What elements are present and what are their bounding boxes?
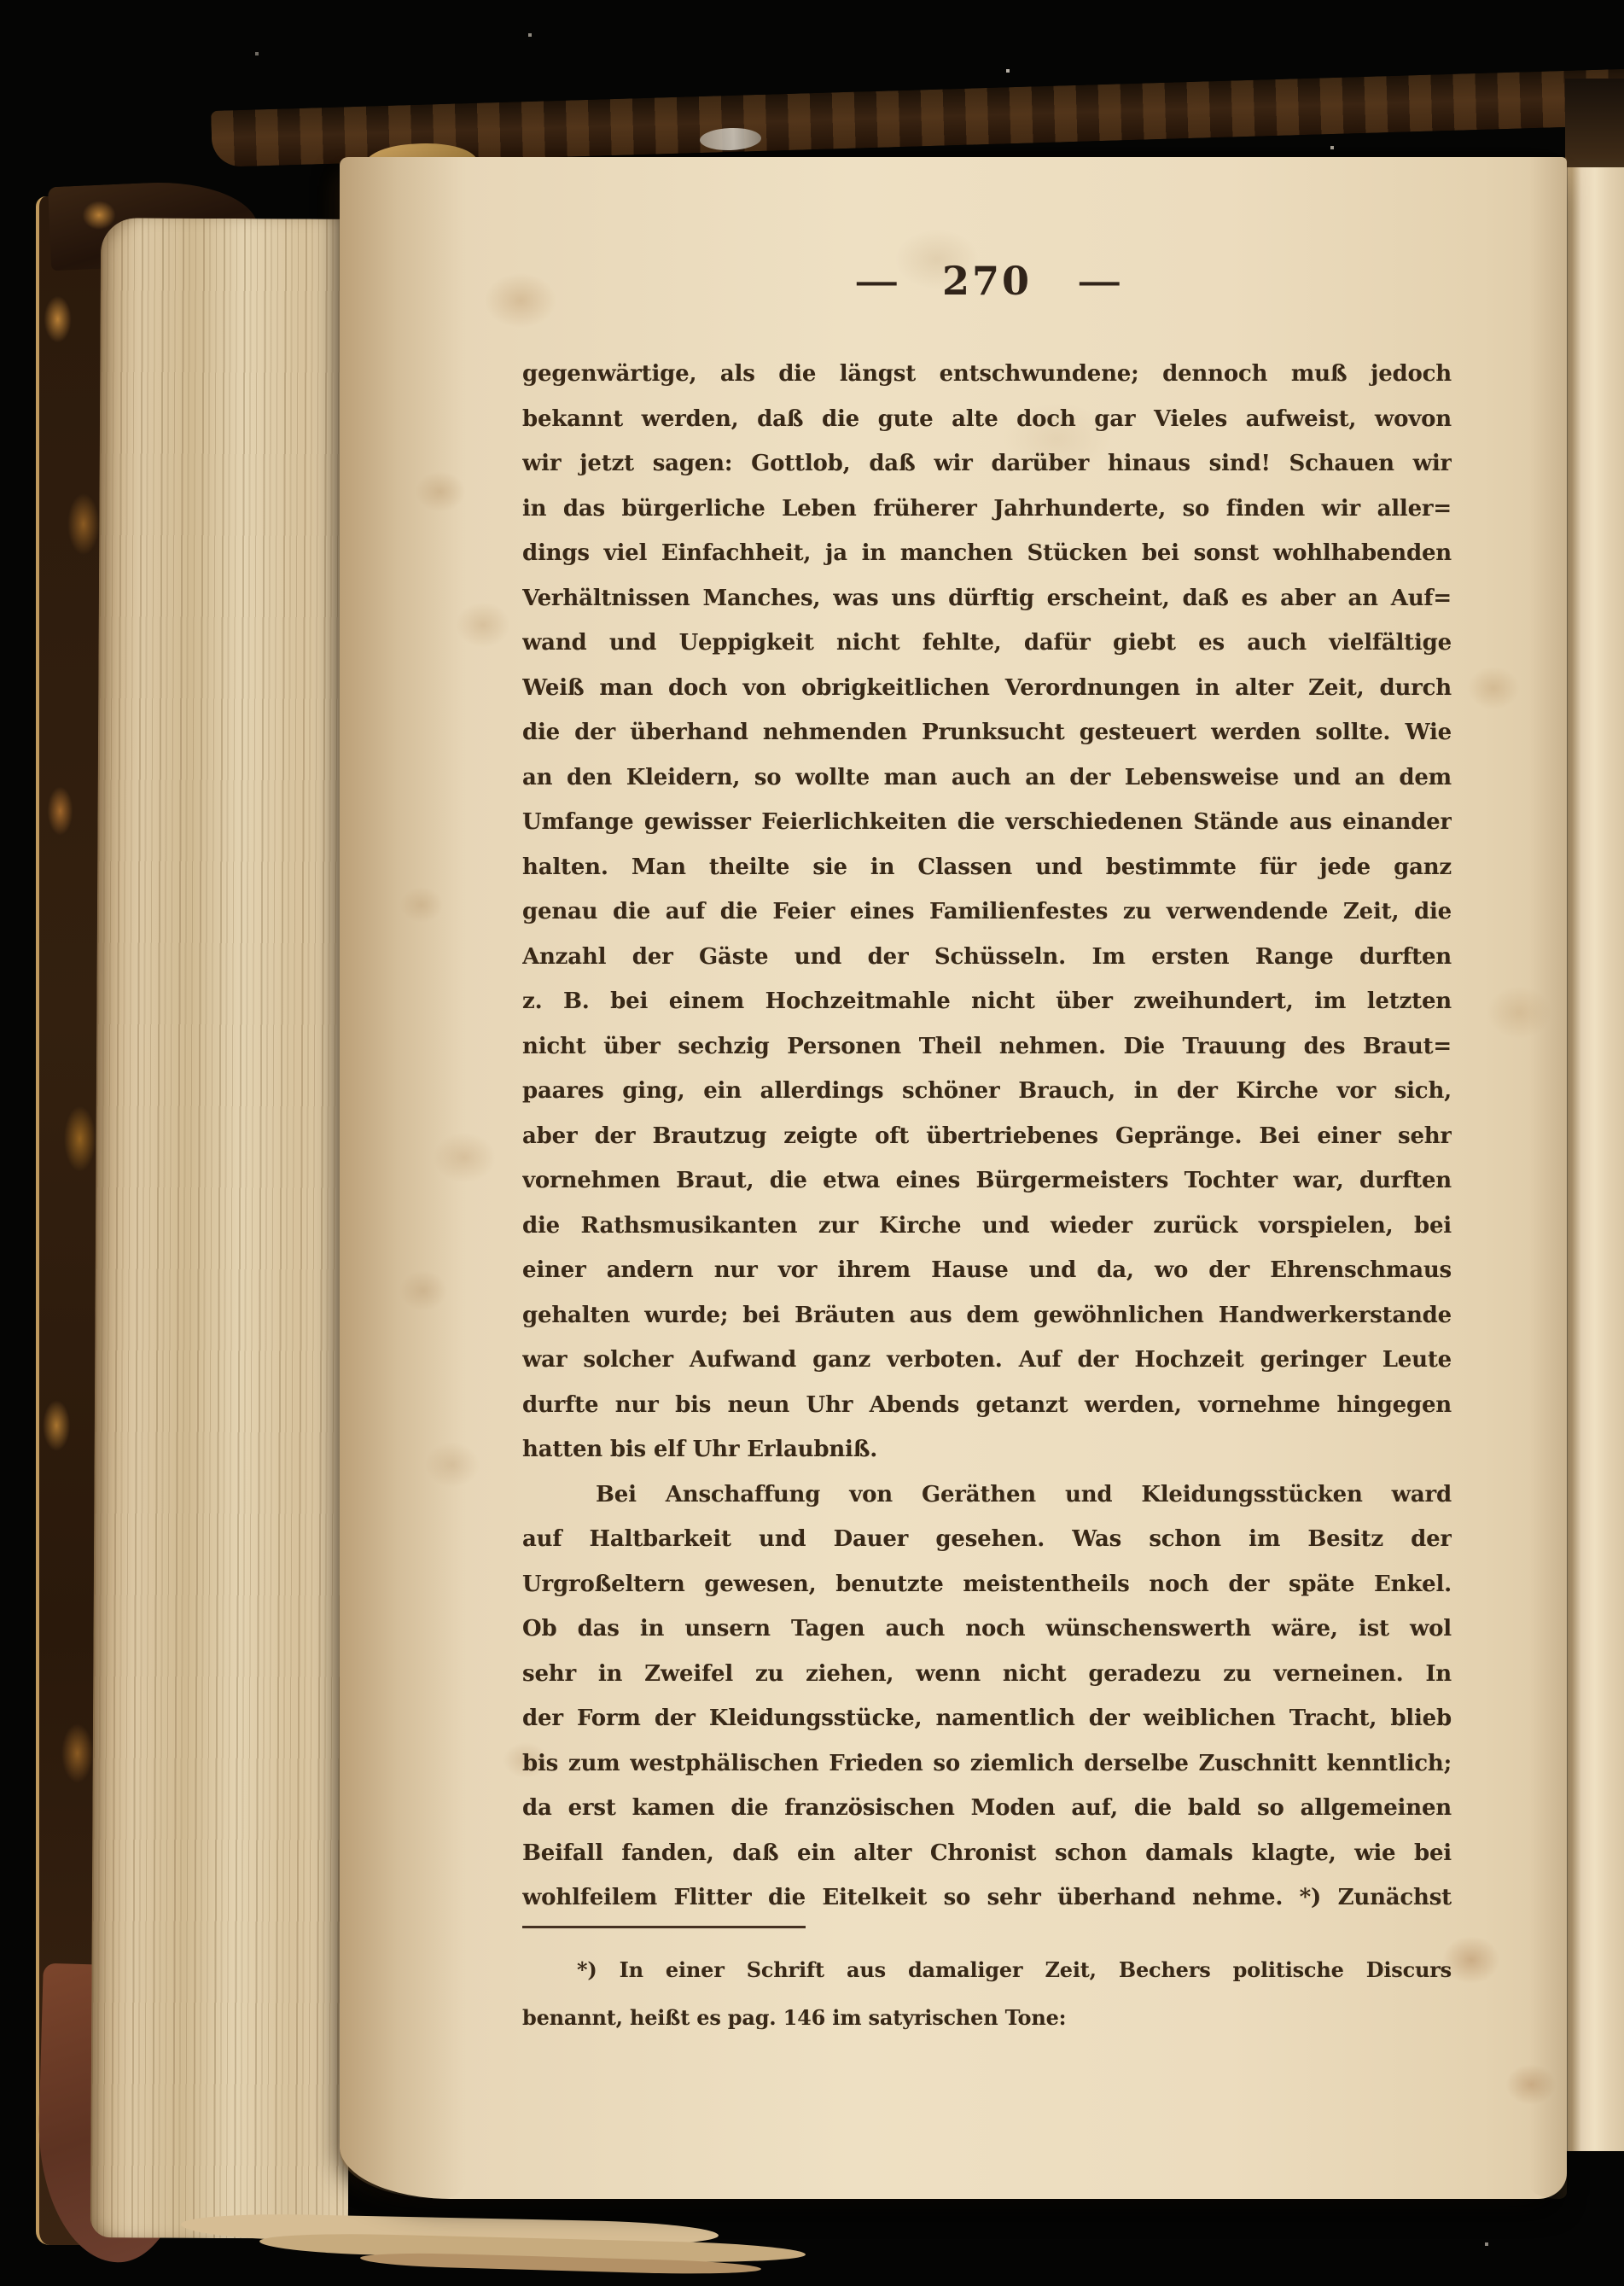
- book-page: — 270 — gegenwärtige, als die längst ent…: [340, 157, 1567, 2199]
- text-line: gehalten wurde; bei Bräuten aus dem gewö…: [522, 1293, 1452, 1338]
- text-line: wand und Ueppigkeit nicht fehlte, dafür …: [522, 621, 1452, 666]
- text-line: z. B. bei einem Hochzeitmahle nicht über…: [522, 979, 1452, 1024]
- body-lines: gegenwärtige, als die längst entschwunde…: [522, 352, 1452, 1921]
- text-line: wohlfeilem Flitter die Eitelkeit so sehr…: [522, 1875, 1452, 1921]
- text-line: war solcher Aufwand ganz verboten. Auf d…: [522, 1338, 1452, 1383]
- footnote-rule: [522, 1926, 806, 1928]
- text-line: Verhältnissen Manches, was uns dürftig e…: [522, 576, 1452, 621]
- text-line: paares ging, ein allerdings schöner Brau…: [522, 1069, 1452, 1114]
- header-dash-right: —: [1077, 263, 1120, 299]
- text-line: da erst kamen die französischen Moden au…: [522, 1786, 1452, 1831]
- text-line: Ob das in unsern Tagen auch noch wünsche…: [522, 1607, 1452, 1652]
- book-spine-leather: [36, 196, 101, 2245]
- text-line: an den Kleidern, so wollte man auch an d…: [522, 755, 1452, 801]
- text-line: sehr in Zweifel zu ziehen, wenn nicht ge…: [522, 1652, 1452, 1697]
- photo-background: — 270 — gegenwärtige, als die längst ent…: [0, 0, 1624, 2286]
- text-line: Bei Anschaffung von Geräthen und Kleidun…: [522, 1472, 1452, 1518]
- page-edge-stack: [90, 218, 358, 2239]
- text-line: nicht über sechzig Personen Theil nehmen…: [522, 1024, 1452, 1070]
- text-line: Anzahl der Gäste und der Schüsseln. Im e…: [522, 935, 1452, 980]
- page-number: 270: [942, 258, 1032, 304]
- text-line: halten. Man theilte sie in Classen und b…: [522, 845, 1452, 890]
- dust-specks: [0, 0, 2, 2]
- text-line: aber der Brautzug zeigte oft übertrieben…: [522, 1114, 1452, 1159]
- text-line: einer andern nur vor ihrem Hause und da,…: [522, 1248, 1452, 1293]
- text-line: die der überhand nehmenden Prunksucht ge…: [522, 710, 1452, 755]
- text-line: wir jetzt sagen: Gottlob, daß wir darübe…: [522, 441, 1452, 487]
- text-line: Weiß man doch von obrigkeitlichen Verord…: [522, 666, 1452, 711]
- text-line: Urgroßeltern gewesen, benutzte meistenth…: [522, 1562, 1452, 1607]
- text-line: bekannt werden, daß die gute alte doch g…: [522, 397, 1452, 442]
- text-line: gegenwärtige, als die längst entschwunde…: [522, 352, 1452, 397]
- header-dash-left: —: [854, 263, 897, 299]
- footnote-lines: *) In einer Schrift aus damaliger Zeit, …: [522, 1946, 1452, 2042]
- text-line: der Form der Kleidungsstücke, namentlich…: [522, 1696, 1452, 1741]
- page-right-shadow: [1529, 157, 1567, 2199]
- text-line: Umfange gewisser Feierlichkeiten die ver…: [522, 800, 1452, 845]
- text-line: vornehmen Braut, die etwa eines Bürgerme…: [522, 1158, 1452, 1204]
- text-line: dings viel Einfachheit, ja in manchen St…: [522, 531, 1452, 576]
- text-line: durfte nur bis neun Uhr Abends getanzt w…: [522, 1383, 1452, 1428]
- text-line: benannt, heißt es pag. 146 im satyrische…: [522, 1994, 1452, 2042]
- page-gutter-shadow: [340, 157, 468, 2199]
- text-line: in das bürgerliche Leben früherer Jahrhu…: [522, 487, 1452, 532]
- text-line: Beifall fanden, daß ein alter Chronist s…: [522, 1831, 1452, 1876]
- text-line: auf Haltbarkeit und Dauer gesehen. Was s…: [522, 1517, 1452, 1562]
- text-line: hatten bis elf Uhr Erlaubniß.: [522, 1427, 1452, 1472]
- text-line: *) In einer Schrift aus damaliger Zeit, …: [522, 1946, 1452, 1994]
- page-header: — 270 —: [522, 258, 1452, 304]
- text-line: die Rathsmusikanten zur Kirche und wiede…: [522, 1204, 1452, 1249]
- text-line: genau die auf die Feier eines Familienfe…: [522, 889, 1452, 935]
- underlying-page-edge: [1565, 167, 1624, 2151]
- text-line: bis zum westphälischen Frieden so ziemli…: [522, 1741, 1452, 1787]
